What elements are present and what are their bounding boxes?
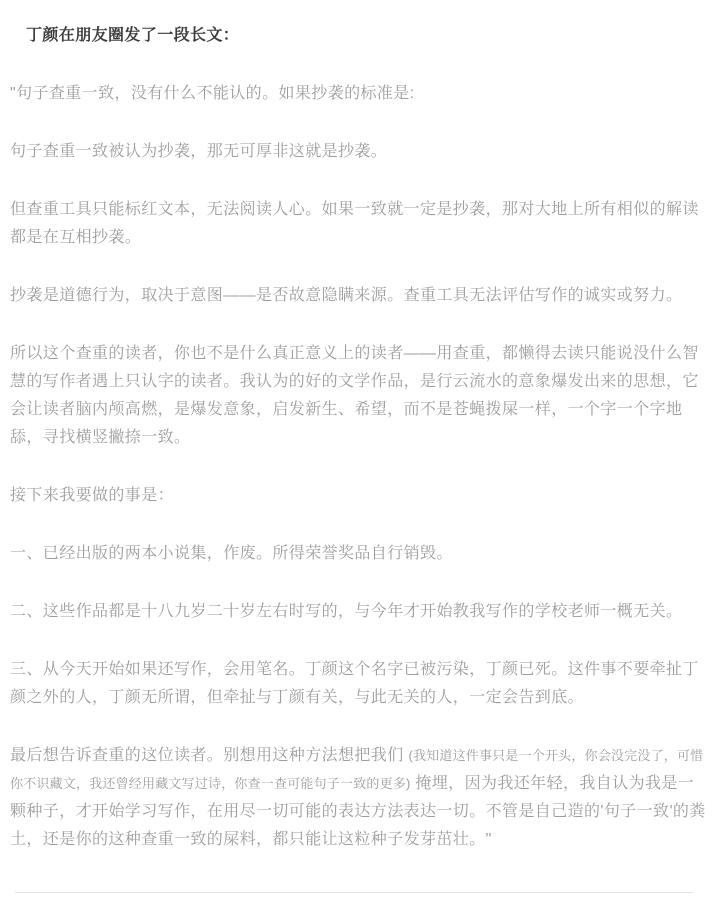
text-segment: 抄袭是道德行为，取决于意图——是否故意隐瞒来源。查重工具无法评估写作的诚实或努力… <box>10 287 682 304</box>
post-page: 丁颜在朋友圈发了一段长文： "句子查重一致，没有什么不能认的。如果抄袭的标准是:… <box>0 0 718 915</box>
post-body: "句子查重一致，没有什么不能认的。如果抄袭的标准是:句子查重一致被认为抄袭，那无… <box>10 80 708 854</box>
paragraph: "句子查重一致，没有什么不能认的。如果抄袭的标准是: <box>10 80 708 108</box>
paragraph: 所以这个查重的读者，你也不是什么真正意义上的读者——用查重，都懒得去读只能说没什… <box>10 340 708 452</box>
text-segment: 二、这些作品都是十八九岁二十岁左右时写的，与今年才开始教我写作的学校老师一概无关… <box>10 603 682 620</box>
paragraph: 抄袭是道德行为，取决于意图——是否故意隐瞒来源。查重工具无法评估写作的诚实或努力… <box>10 282 708 310</box>
post-intro-title: 丁颜在朋友圈发了一段长文： <box>26 22 708 50</box>
paragraph: 接下来我要做的事是： <box>10 482 708 510</box>
bottom-divider <box>15 892 693 893</box>
text-segment: 最后想告诉查重的这位读者。别想用这种方法想把我们 <box>10 747 408 764</box>
paragraph: 一、已经出版的两本小说集，作废。所得荣誉奖品自行销毁。 <box>10 540 708 568</box>
paragraph: 最后想告诉查重的这位读者。别想用这种方法想把我们 (我知道这件事只是一个开头，你… <box>10 742 708 854</box>
text-segment: 三、从今天开始如果还写作，会用笔名。丁颜这个名字已被污染，丁颜已死。这件事不要牵… <box>10 661 699 706</box>
paragraph: 句子查重一致被认为抄袭，那无可厚非这就是抄袭。 <box>10 138 708 166</box>
text-segment: 所以这个查重的读者，你也不是什么真正意义上的读者——用查重，都懒得去读只能说没什… <box>10 345 699 446</box>
text-segment: 一、已经出版的两本小说集，作废。所得荣誉奖品自行销毁。 <box>10 545 453 562</box>
text-segment: 但查重工具只能标红文本，无法阅读人心。如果一致就一定是抄袭，那对大地上所有相似的… <box>10 201 699 246</box>
text-segment: 接下来我要做的事是： <box>10 487 174 504</box>
text-segment: "句子查重一致，没有什么不能认的。如果抄袭的标准是: <box>10 85 415 102</box>
paragraph: 三、从今天开始如果还写作，会用笔名。丁颜这个名字已被污染，丁颜已死。这件事不要牵… <box>10 656 708 712</box>
paragraph: 二、这些作品都是十八九岁二十岁左右时写的，与今年才开始教我写作的学校老师一概无关… <box>10 598 708 626</box>
paragraph: 但查重工具只能标红文本，无法阅读人心。如果一致就一定是抄袭，那对大地上所有相似的… <box>10 196 708 252</box>
text-segment: 句子查重一致被认为抄袭，那无可厚非这就是抄袭。 <box>10 143 387 160</box>
